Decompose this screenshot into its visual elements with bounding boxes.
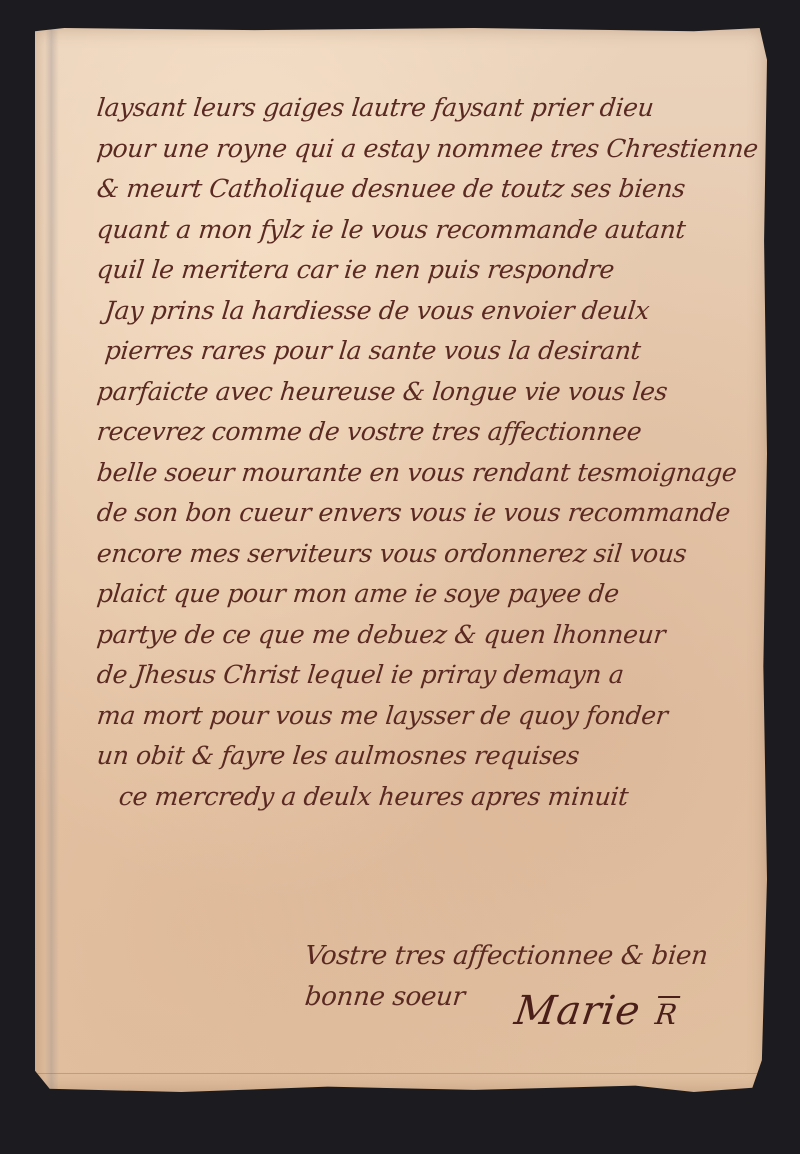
letter-line: pour une royne qui a estay nommee tres C… xyxy=(95,129,759,170)
letter-line: belle soeur mourante en vous rendant tes… xyxy=(95,453,759,494)
letter-line: pierres rares pour la sante vous la desi… xyxy=(95,331,759,372)
letter-line: ce mercredy a deulx heures apres minuit xyxy=(95,777,759,818)
letter-line: recevrez comme de vostre tres affectionn… xyxy=(95,412,759,453)
signature-royal-mark: R xyxy=(653,998,680,1031)
manuscript-page: laysant leurs gaiges lautre faysant prie… xyxy=(35,28,767,1092)
letter-body: laysant leurs gaiges lautre faysant prie… xyxy=(97,88,757,817)
letter-line: Jay prins la hardiesse de vous envoier d… xyxy=(95,291,759,332)
letter-line: quil le meritera car ie nen puis respond… xyxy=(95,250,759,291)
letter-line: ma mort pour vous me laysser de quoy fon… xyxy=(95,696,759,737)
signature-name: Marie xyxy=(512,988,644,1034)
letter-line: de son bon cueur envers vous ie vous rec… xyxy=(95,493,759,534)
letter-line: un obit & fayre les aulmosnes requises xyxy=(95,736,759,777)
letter-line: de Jhesus Christ lequel ie priray demayn… xyxy=(95,655,759,696)
closing-line: Vostre tres affectionnee & bien xyxy=(303,936,747,977)
signature: Marie R xyxy=(512,988,682,1034)
binding-fold xyxy=(45,28,59,1092)
letter-line: quant a mon fylz ie le vous recommande a… xyxy=(95,210,759,251)
letter-line: partye de ce que me debuez & quen lhonne… xyxy=(95,615,759,656)
letter-line: parfaicte avec heureuse & longue vie vou… xyxy=(95,372,759,413)
letter-line: plaict que pour mon ame ie soye payee de xyxy=(95,574,759,615)
letter-line: encore mes serviteurs vous ordonnerez si… xyxy=(95,534,759,575)
letter-line: laysant leurs gaiges lautre faysant prie… xyxy=(95,88,759,129)
paper-crease xyxy=(35,1073,767,1074)
letter-line: & meurt Catholique desnuee de toutz ses … xyxy=(95,169,759,210)
